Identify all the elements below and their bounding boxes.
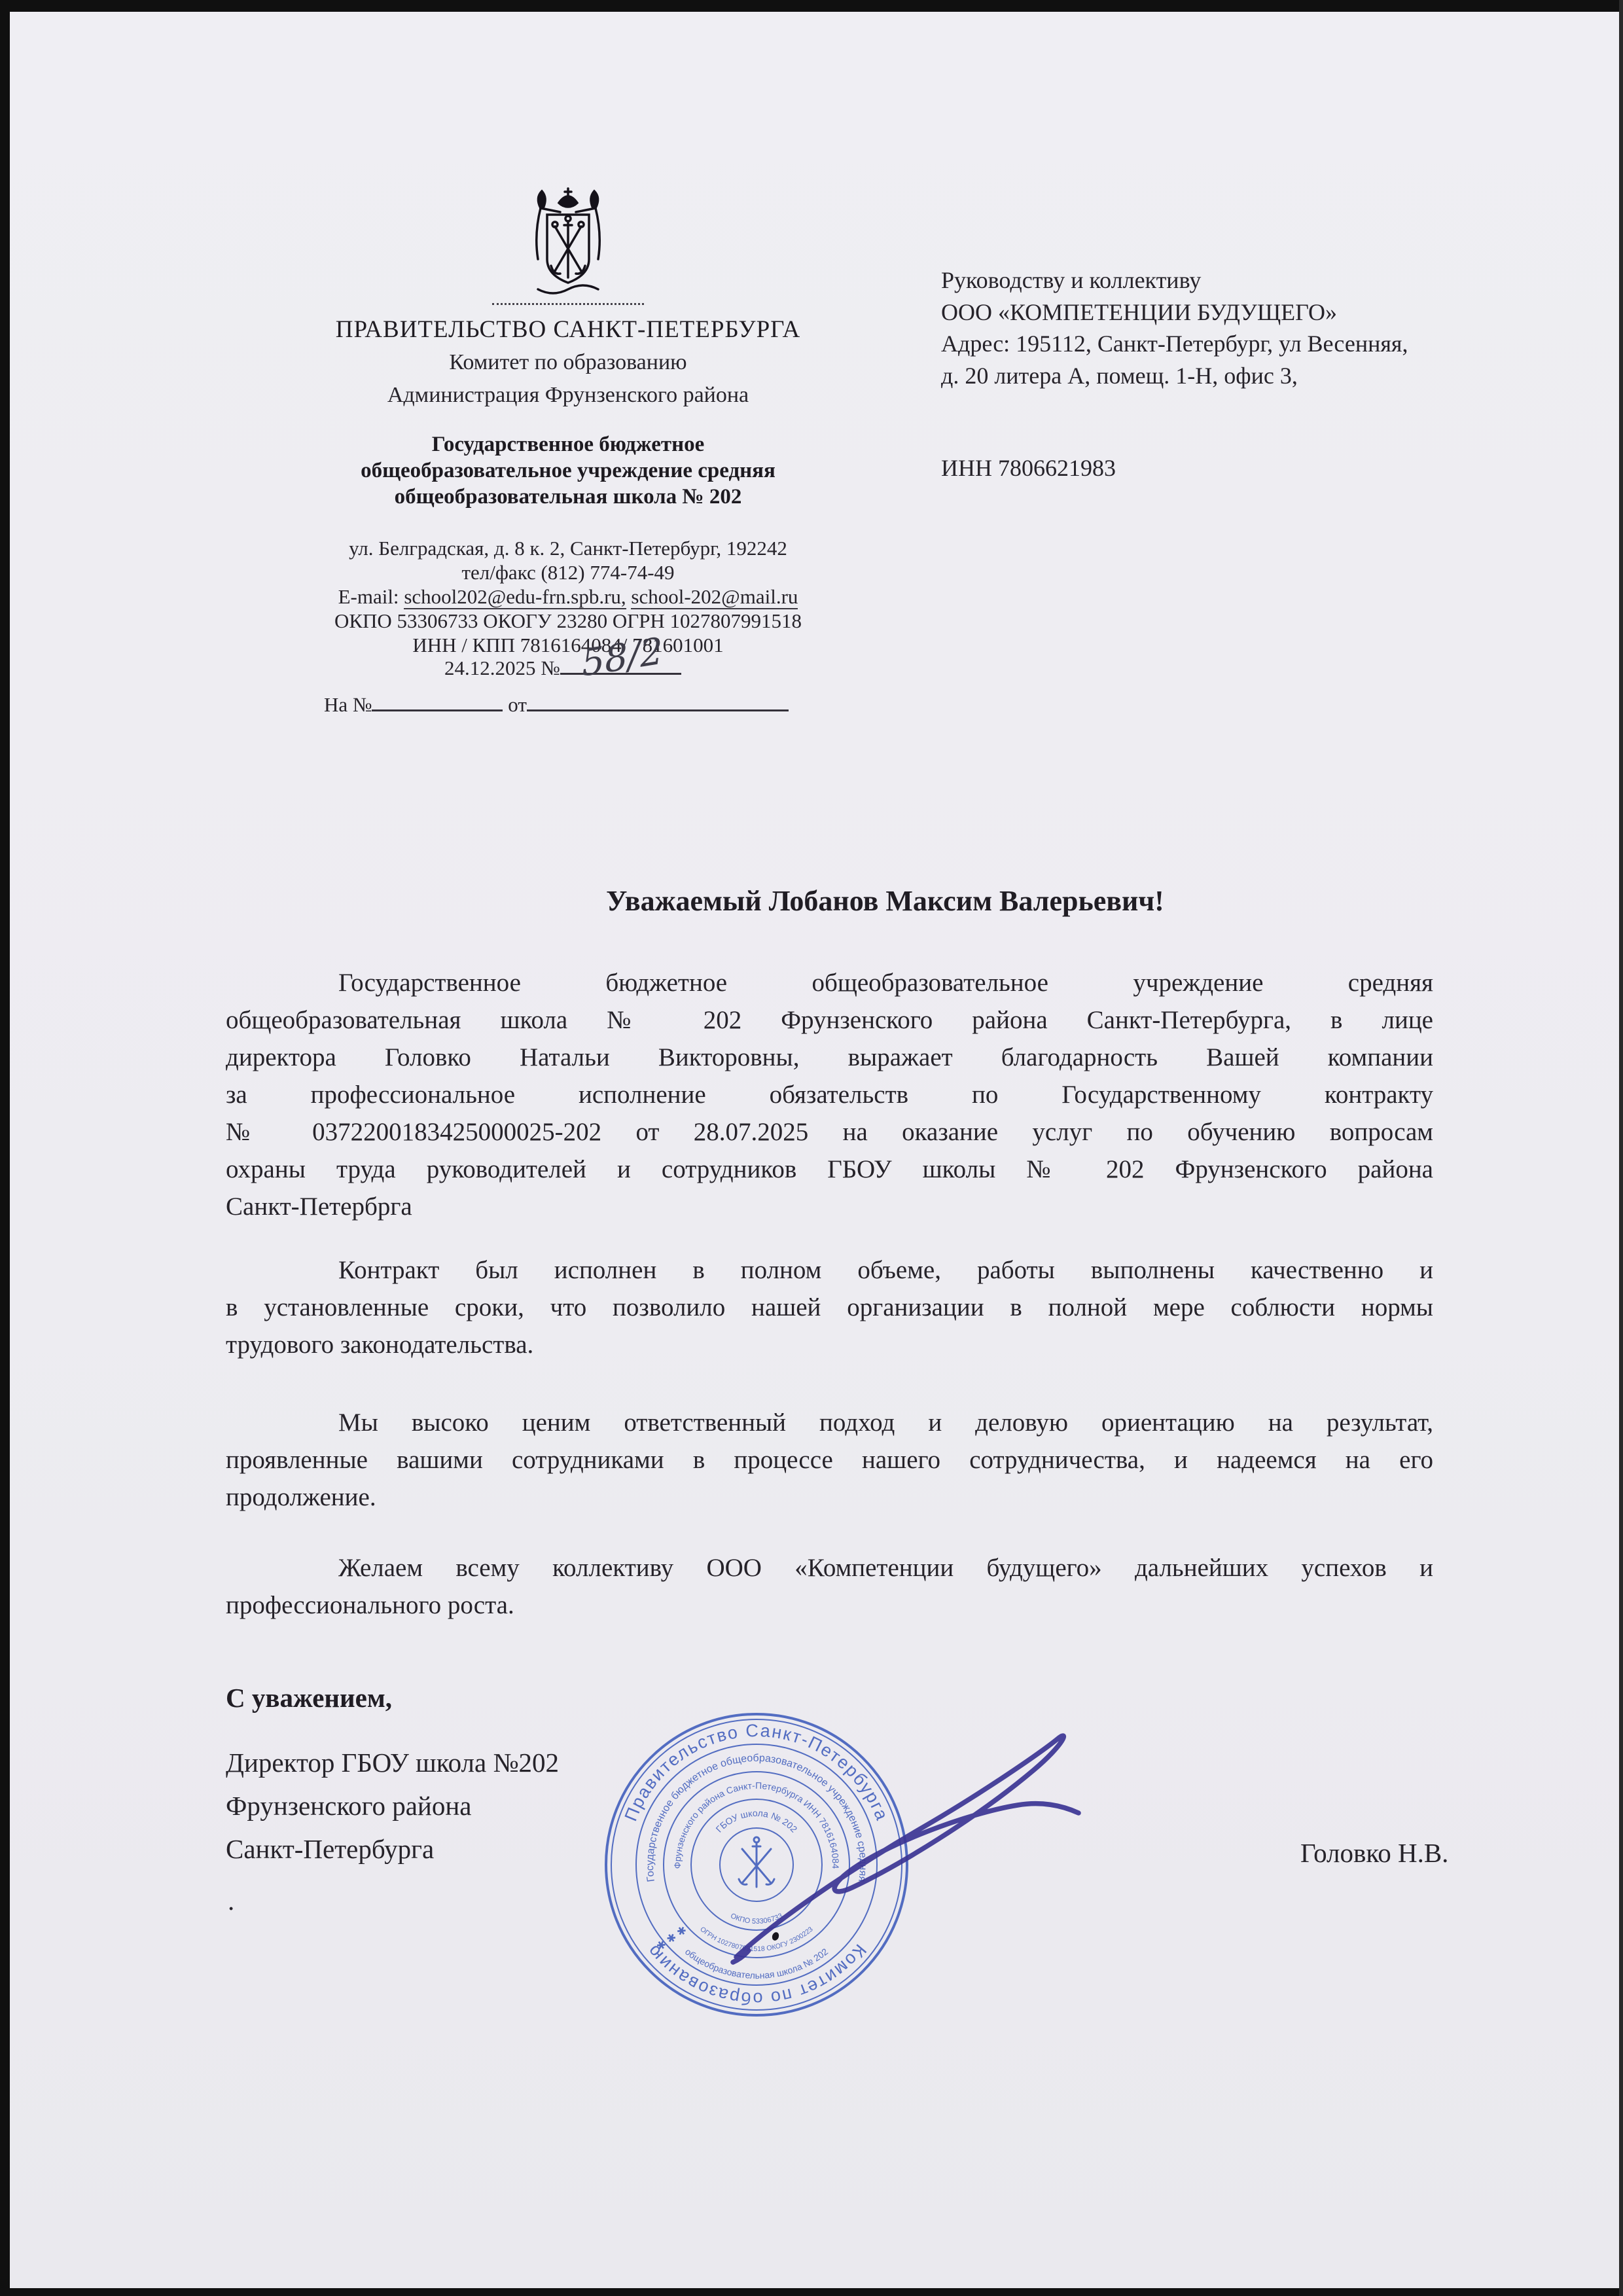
body-line: за профессиональное исполнение обязатель… xyxy=(226,1076,1433,1113)
body-line: Санкт-Петербрга xyxy=(226,1188,1433,1225)
reference-number-blank xyxy=(372,691,503,711)
spb-coat-of-arms-icon xyxy=(525,186,611,301)
recipient-inn: ИНН 7806621983 xyxy=(941,454,1116,482)
director-signature xyxy=(687,1702,1113,1983)
paragraph-3: Мы высоко ценим ответственный подход и д… xyxy=(226,1404,1433,1516)
recipient-address-line: д. 20 литера А, помещ. 1-Н, офис 3, xyxy=(941,360,1530,392)
school-name-line: общеобразовательная школа № 202 xyxy=(275,484,861,510)
closing-regards: С уважением, xyxy=(226,1682,392,1713)
scanned-letter-page: ПРАВИТЕЛЬСТВО САНКТ-ПЕТЕРБУРГА Комитет п… xyxy=(0,0,1623,2296)
reference-row: На № от xyxy=(324,691,789,717)
paragraph-2: Контракт был исполнен в полном объеме, р… xyxy=(226,1251,1433,1363)
body-line: Контракт был исполнен в полном объеме, р… xyxy=(226,1251,1433,1289)
recipient-company: ООО «КОМПЕТЕНЦИИ БУДУЩЕГО» xyxy=(941,296,1530,329)
na-no-label: На № xyxy=(324,693,372,716)
letterhead-divider xyxy=(492,302,644,305)
signer-position-line: Фрунзенского района xyxy=(226,1784,559,1827)
letterhead: ПРАВИТЕЛЬСТВО САНКТ-ПЕТЕРБУРГА Комитет п… xyxy=(275,186,861,657)
scan-edge-left xyxy=(0,0,10,2296)
body-line: директора Головко Натальи Викторовны, вы… xyxy=(226,1039,1433,1076)
body-line: Государственное бюджетное общеобразовате… xyxy=(226,964,1433,1001)
letterhead-administration: Администрация Фрунзенского района xyxy=(275,383,861,408)
ot-label: от xyxy=(508,693,527,716)
school-name-line: Государственное бюджетное xyxy=(275,431,861,457)
recipient-line: Руководству и коллективу xyxy=(941,264,1530,296)
body-line: трудового законодательства. xyxy=(226,1326,1433,1363)
salutation: Уважаемый Лобанов Максим Валерьевич! xyxy=(226,884,1433,918)
signer-position: Директор ГБОУ школа №202 Фрунзенского ра… xyxy=(226,1741,559,1871)
body-line: профессионального роста. xyxy=(226,1587,1433,1624)
letterhead-codes: ОКПО 53306733 ОКОГУ 23280 ОГРН 102780799… xyxy=(275,609,861,633)
letterhead-government: ПРАВИТЕЛЬСТВО САНКТ-ПЕТЕРБУРГА xyxy=(275,316,861,344)
letterhead-inn-kpp: ИНН / КПП 7816164084/ 781601001 xyxy=(275,633,861,657)
body-line: охраны труда руководителей и сотрудников… xyxy=(226,1151,1433,1188)
body-line: проявленные вашими сотрудниками в процес… xyxy=(226,1441,1433,1479)
letterhead-school-name: Государственное бюджетное общеобразовате… xyxy=(275,431,861,510)
letterhead-email-line: E-mail: school202@edu-frn.spb.ru, school… xyxy=(275,584,861,609)
email-address-2: school-202@mail.ru xyxy=(631,585,798,609)
email-address-1: school202@edu-frn.spb.ru, xyxy=(404,585,626,609)
paragraph-1: Государственное бюджетное общеобразовате… xyxy=(226,964,1433,1225)
letterhead-address: ул. Белградская, д. 8 к. 2, Санкт-Петерб… xyxy=(275,536,861,560)
body-line: № 0372200183425000025-202 от 28.07.2025 … xyxy=(226,1113,1433,1151)
recipient-block: Руководству и коллективу ООО «КОМПЕТЕНЦИ… xyxy=(941,264,1530,391)
recipient-address-line: Адрес: 195112, Санкт-Петербург, ул Весен… xyxy=(941,328,1530,360)
scan-edge-bottom xyxy=(0,2288,1623,2296)
body-line: в установленные сроки, что позволило наш… xyxy=(226,1289,1433,1326)
letterhead-phone: тел/факс (812) 774-74-49 xyxy=(275,560,861,584)
stray-period: . xyxy=(228,1885,234,1916)
signer-position-line: Директор ГБОУ школа №202 xyxy=(226,1741,559,1784)
school-name-line: общеобразовательное учреждение средняя xyxy=(275,457,861,484)
body-line: продолжение. xyxy=(226,1479,1433,1516)
body-line: Желаем всему коллективу ООО «Компетенции… xyxy=(226,1549,1433,1587)
letterhead-contacts: ул. Белградская, д. 8 к. 2, Санкт-Петерб… xyxy=(275,536,861,657)
body-line: Мы высоко ценим ответственный подход и д… xyxy=(226,1404,1433,1441)
signer-name: Головко Н.В. xyxy=(1300,1837,1448,1869)
paragraph-4: Желаем всему коллективу ООО «Компетенции… xyxy=(226,1549,1433,1624)
letterhead-committee: Комитет по образованию xyxy=(275,350,861,375)
email-label: E-mail: xyxy=(338,585,399,608)
body-line: общеобразовательная школа № 202 Фрунзенс… xyxy=(226,1001,1433,1039)
reference-date-blank xyxy=(527,691,789,711)
stamp-stars: ✱ ✱ ✱ xyxy=(654,1924,689,1953)
outgoing-date-label: 24.12.2025 № xyxy=(444,656,560,679)
scan-edge-right xyxy=(1619,0,1623,2296)
signer-position-line: Санкт-Петербурга xyxy=(226,1827,559,1871)
scan-edge-top xyxy=(0,0,1623,12)
